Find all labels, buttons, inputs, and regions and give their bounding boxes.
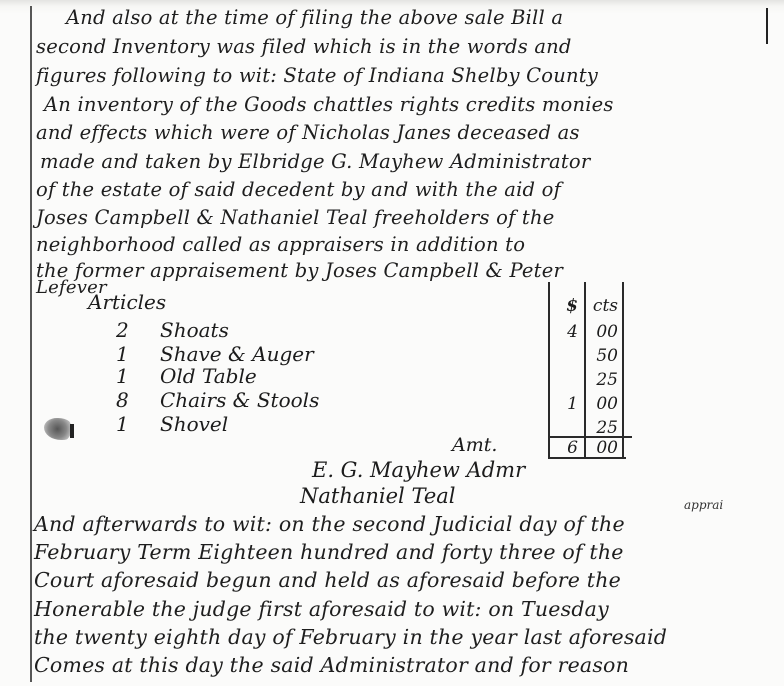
- ink-blot-mark: [44, 418, 74, 440]
- articles-heading: Articles: [88, 290, 166, 314]
- text-line: Comes at this day the said Administrator…: [34, 653, 629, 677]
- inventory-row: 2Shoats: [116, 318, 229, 342]
- item-quantity: 2: [116, 318, 160, 342]
- item-cents: 25: [588, 418, 618, 438]
- text-line: Joses Campbell & Nathaniel Teal freehold…: [36, 206, 554, 230]
- text-line: second Inventory was filed which is in t…: [36, 35, 572, 59]
- total-cents: 00: [588, 438, 618, 458]
- signature-administrator: E. G. Mayhew Admr: [312, 458, 525, 482]
- text-line: An inventory of the Goods chattles right…: [44, 93, 614, 117]
- text-line: February Term Eighteen hundred and forty…: [34, 540, 624, 564]
- signature-appraiser: Nathaniel Teal: [300, 484, 455, 508]
- table-rule-right: [622, 282, 624, 458]
- cents-column-header: cts: [588, 296, 618, 316]
- inventory-row: 1Shave & Auger: [116, 342, 314, 366]
- text-line: And afterwards to wit: on the second Jud…: [34, 512, 625, 536]
- total-dollars: 6: [552, 438, 578, 458]
- item-cents: 25: [588, 370, 618, 390]
- marginal-note: apprai: [684, 498, 723, 512]
- item-cents: 00: [588, 394, 618, 414]
- left-margin-rule: [30, 6, 32, 682]
- table-rule-left: [548, 282, 550, 458]
- document-page: And also at the time of filing the above…: [0, 0, 784, 686]
- item-article: Shoats: [160, 318, 229, 342]
- total-rule-bottom: [548, 457, 626, 459]
- item-article: Old Table: [160, 364, 257, 388]
- inventory-row: 1Shovel: [116, 412, 228, 436]
- text-line: Honerable the judge first aforesaid to w…: [34, 597, 609, 621]
- text-line: Court aforesaid begun and held as afores…: [34, 568, 621, 592]
- inventory-row: 8Chairs & Stools: [116, 388, 319, 412]
- item-dollars: 4: [552, 322, 578, 342]
- text-line: the twenty eighth day of February in the…: [34, 625, 667, 649]
- item-cents: 50: [588, 346, 618, 366]
- item-quantity: 1: [116, 342, 160, 366]
- amount-label: Amt.: [452, 434, 497, 456]
- text-line: And also at the time of filing the above…: [66, 6, 563, 30]
- item-dollars: 1: [552, 394, 578, 414]
- text-line: neighborhood called as appraisers in add…: [36, 233, 525, 257]
- text-line: and effects which were of Nicholas Janes…: [36, 121, 580, 145]
- item-quantity: 1: [116, 364, 160, 388]
- text-line: the former appraisement by Joses Campbel…: [36, 259, 563, 283]
- item-article: Chairs & Stools: [160, 388, 319, 412]
- item-quantity: 1: [116, 412, 160, 436]
- text-line: of the estate of said decedent by and wi…: [36, 178, 561, 202]
- inventory-row: 1Old Table: [116, 364, 257, 388]
- item-cents: 00: [588, 322, 618, 342]
- text-line: figures following to wit: State of India…: [36, 64, 598, 88]
- dollars-column-header: $: [552, 296, 578, 316]
- text-line: made and taken by Elbridge G. Mayhew Adm…: [40, 150, 590, 174]
- right-margin-mark: [766, 8, 768, 44]
- item-quantity: 8: [116, 388, 160, 412]
- item-article: Shovel: [160, 412, 228, 436]
- item-article: Shave & Auger: [160, 342, 314, 366]
- table-rule-middle: [584, 282, 586, 458]
